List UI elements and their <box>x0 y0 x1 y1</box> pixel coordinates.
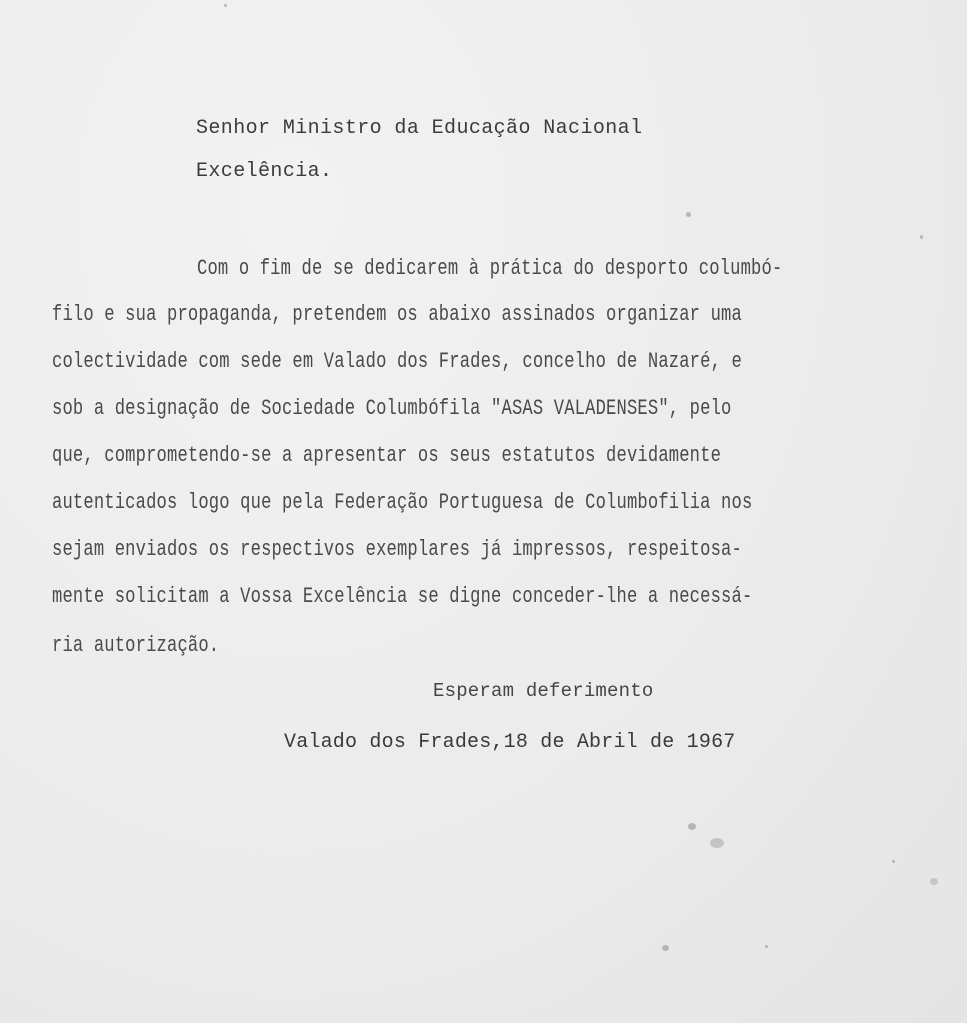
paper-speck <box>710 838 724 848</box>
paper-speck <box>224 4 227 7</box>
body-line: ria autorização. <box>52 633 219 658</box>
body-line: autenticados logo que pela Federação Por… <box>52 490 752 515</box>
closing-line: Esperam deferimento <box>433 680 653 702</box>
paper-speck <box>662 945 669 951</box>
document-page: Senhor Ministro da Educação Nacional Exc… <box>0 0 967 1023</box>
addressee-line: Senhor Ministro da Educação Nacional <box>196 117 642 140</box>
dateline: Valado dos Frades,18 de Abril de 1967 <box>284 731 735 754</box>
paper-speck <box>765 945 768 948</box>
body-line: filo e sua propaganda, pretendem os abai… <box>52 302 742 327</box>
paper-speck <box>688 823 696 830</box>
body-line: sob a designação de Sociedade Columbófil… <box>52 396 731 421</box>
paper-speck <box>920 235 923 239</box>
honorific-line: Excelência. <box>196 160 332 183</box>
paper-speck <box>892 860 895 863</box>
body-line: colectividade com sede em Valado dos Fra… <box>52 349 742 374</box>
body-line: que, comprometendo-se a apresentar os se… <box>52 443 721 468</box>
body-line: Com o fim de se dedicarem à prática do d… <box>197 256 782 281</box>
paper-speck <box>930 878 938 885</box>
body-line: mente solicitam a Vossa Excelência se di… <box>52 584 752 609</box>
paper-speck <box>686 212 691 217</box>
body-line: sejam enviados os respectivos exemplares… <box>52 537 742 562</box>
